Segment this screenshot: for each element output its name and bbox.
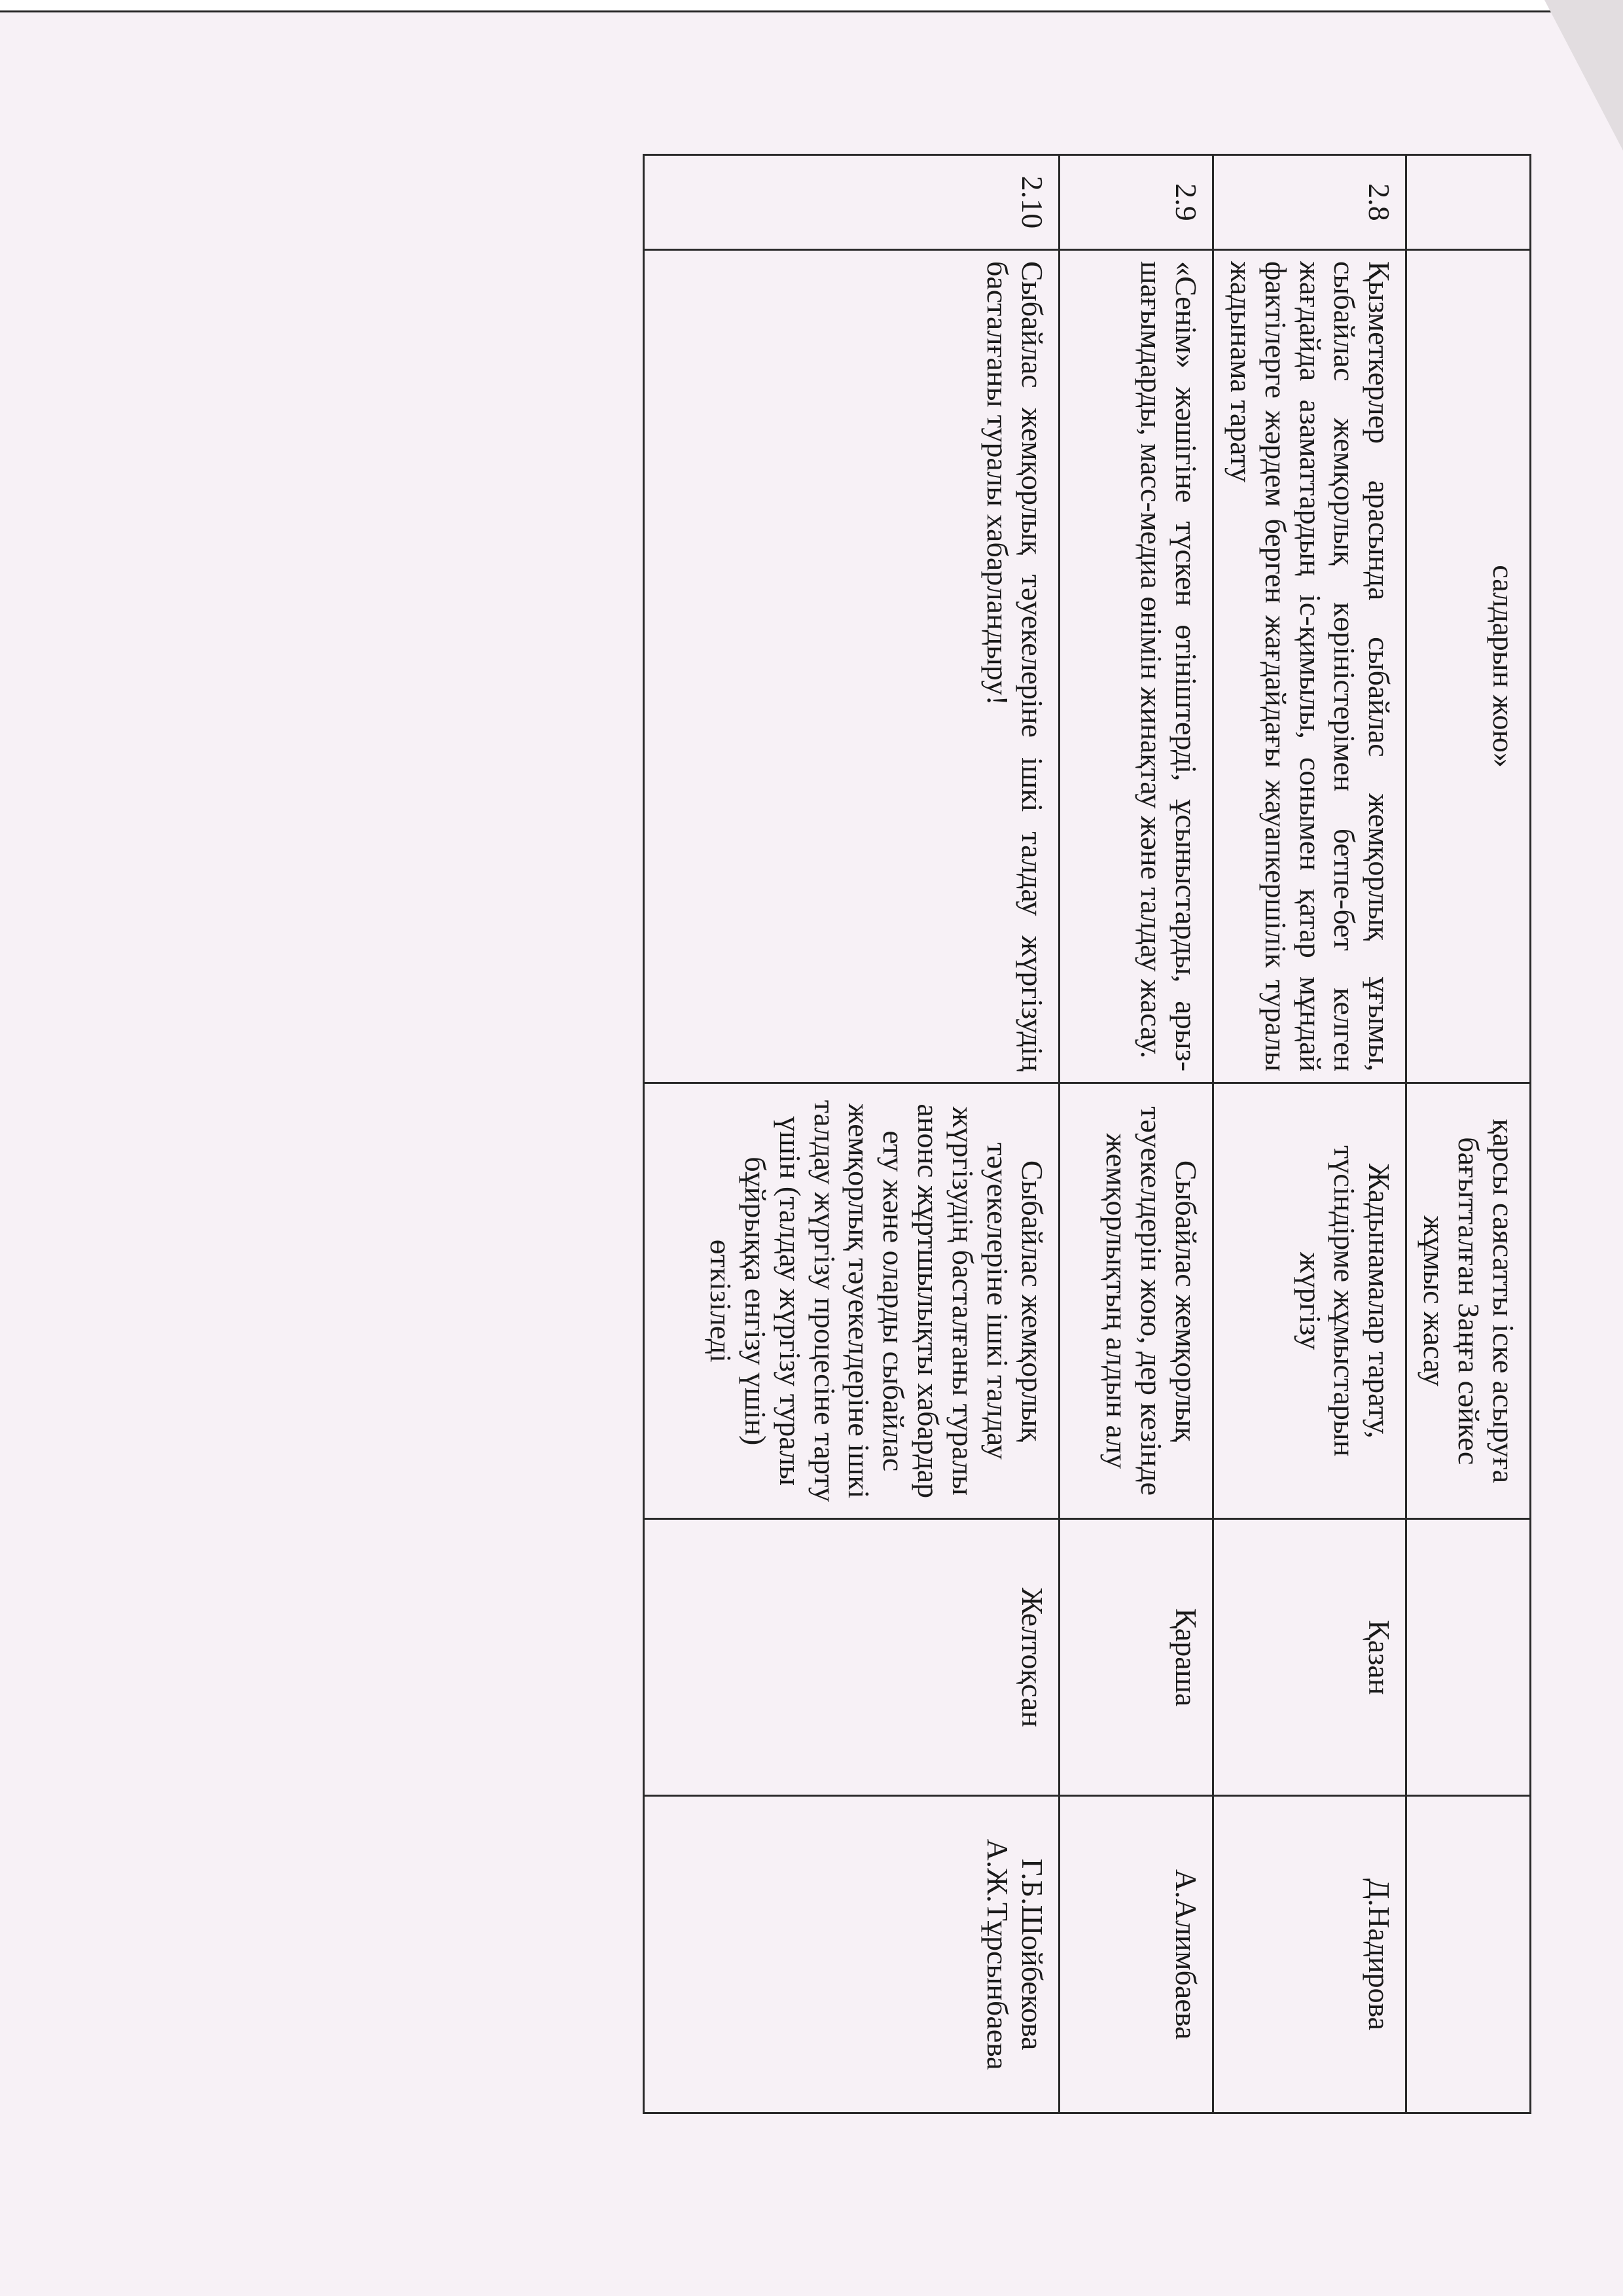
table-row-continuation: салдарын жою» қарсы саясатты іске асыруғ… [1406,155,1531,2113]
responsible-cell [1406,1796,1531,2113]
row-number-cell: 2.9 [1059,155,1213,250]
result-cell: қарсы саясатты іске асыруға бағытталған … [1406,1083,1531,1519]
deadline-cell [1406,1519,1531,1796]
deadline-cell: Қазан [1213,1519,1406,1796]
scan-top-edge [0,0,1623,12]
event-cell: Сыбайлас жемқорлық тәуекелеріне ішкі тал… [643,249,1059,1083]
row-number-cell: 2.8 [1213,155,1406,250]
responsible-cell: Г.Б.Шойбекова А.Ж.Тұрсынбаева [643,1796,1059,2113]
event-cell: салдарын жою» [1406,249,1531,1083]
table-row: 2.10 Сыбайлас жемқорлық тәуекелеріне ішк… [643,155,1059,2113]
table-row: 2.9 «Сенім» жәшігіне түскен өтініштерді,… [1059,155,1213,2113]
result-cell: Сыбайлас жемқорлық тәуекелдерін жою, дер… [1059,1083,1213,1519]
row-number-cell [1406,155,1531,250]
responsible-name: Г.Б.Шойбекова [1014,1807,1049,2102]
deadline-cell: Желтоқсан [643,1519,1059,1796]
result-cell: Сыбайлас жемқорлық тәуекелеріне ішкі тал… [643,1083,1059,1519]
event-cell: Қызметкерлер арасында сыбайлас жемқорлық… [1213,249,1406,1083]
anti-corruption-plan-table: салдарын жою» қарсы саясатты іске асыруғ… [643,154,1531,2114]
responsible-cell: Д.Надирова [1213,1796,1406,2113]
event-text: салдарын жою» [1486,261,1520,1071]
event-cell: «Сенім» жәшігіне түскен өтініштерді, ұсы… [1059,249,1213,1083]
responsible-name: А.Ж.Тұрсынбаева [980,1807,1014,2102]
rotated-page-content: салдарын жою» қарсы саясатты іске асыруғ… [661,154,1531,2114]
table-row: 2.8 Қызметкерлер арасында сыбайлас жемқо… [1213,155,1406,2113]
row-number-cell: 2.10 [643,155,1059,250]
responsible-cell: А.Алимбаева [1059,1796,1213,2113]
result-cell: Жадынамалар тарату, түсіндірме жұмыстары… [1213,1083,1406,1519]
deadline-cell: Қараша [1059,1519,1213,1796]
page-corner-fold [1544,0,1623,151]
